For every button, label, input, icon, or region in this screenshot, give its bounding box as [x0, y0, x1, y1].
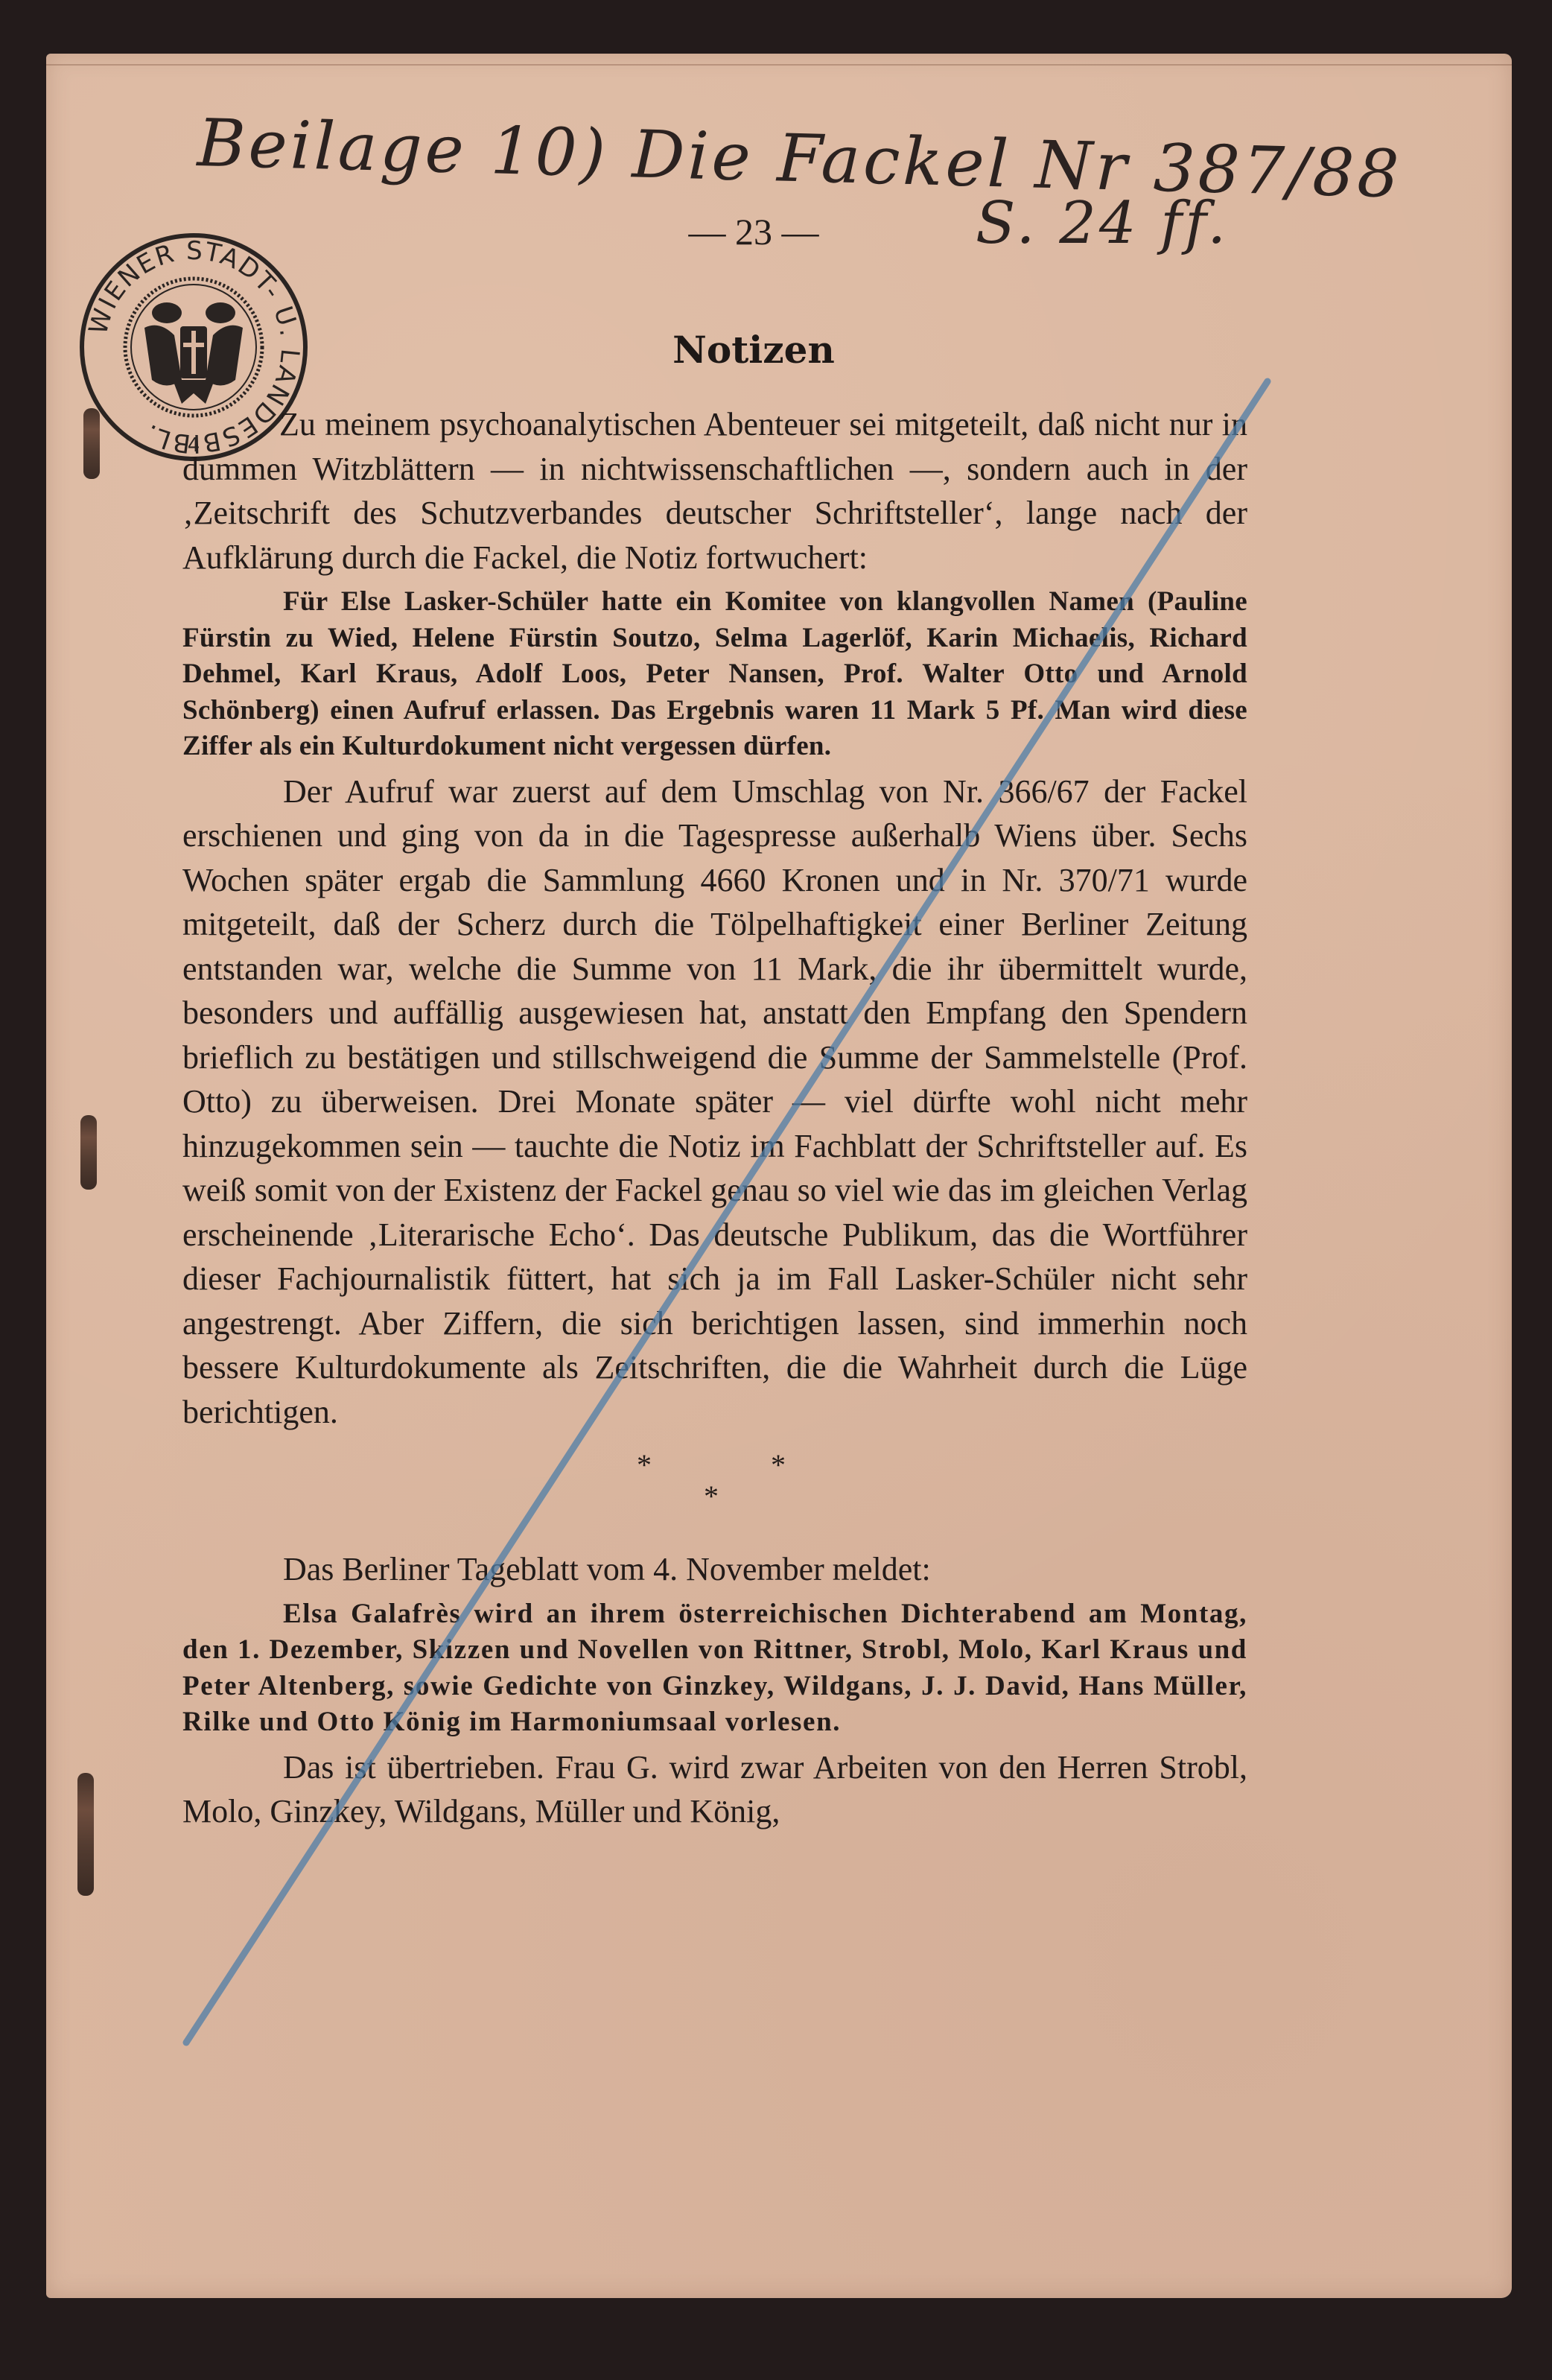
staple-mark-icon [77, 1773, 94, 1896]
section-title-text: Notizen [672, 328, 835, 372]
quote-galafres: Elsa Galafrès wird an ihrem österreichis… [182, 1596, 1247, 1741]
paragraph-tageblatt-intro: Das Berliner Tageblatt vom 4. November m… [182, 1547, 1247, 1592]
page-number: — 23 — [0, 210, 1552, 253]
section-title: Notizen [0, 328, 1552, 372]
paragraph-aufruf: Der Aufruf war zuerst auf dem Umschlag v… [182, 769, 1247, 1435]
quote-lasker-schueler: Für Else Lasker-Schüler hatte ein Komite… [182, 584, 1247, 765]
paragraph-intro: Zu meinem psychoanalytischen Abenteuer s… [182, 402, 1247, 580]
page-number-text: — 23 — [689, 210, 819, 253]
text-column: Zu meinem psychoanalytischen Abenteuer s… [182, 402, 1247, 1834]
section-separator: * * * [182, 1447, 1247, 1537]
staple-mark-icon [80, 1115, 97, 1190]
asterisk-icon: * [771, 1447, 786, 1482]
asterisk-icon: * [704, 1479, 719, 1514]
asterisk-icon: * [637, 1447, 652, 1482]
page-fold-edge [46, 54, 1512, 66]
paragraph-uebertrieben: Das ist übertrieben. Frau G. wird zwar A… [182, 1745, 1247, 1834]
